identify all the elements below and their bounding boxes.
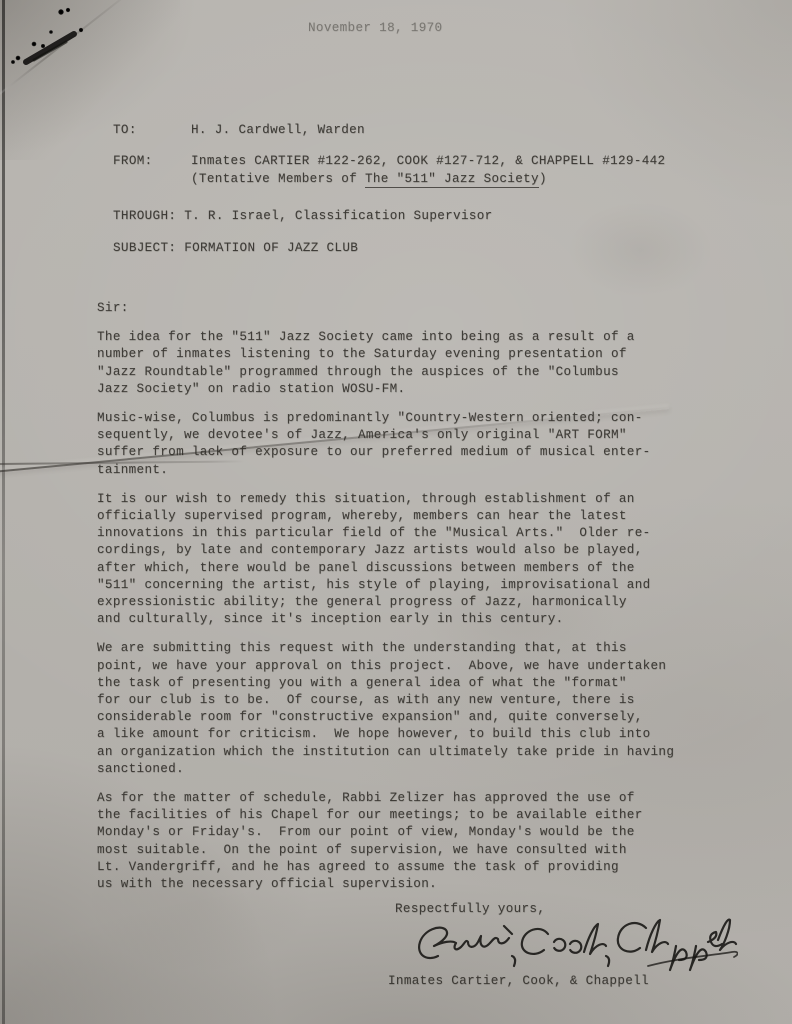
from-row-line2: (Tentative Members of The "511" Jazz Soc… [191,171,547,188]
subject-value: FORMATION OF JAZZ CLUB [184,241,358,255]
ink-scribble-mark-icon [4,2,144,82]
scanned-letter-page: November 18, 1970 TO:H. J. Cardwell, War… [0,0,792,1024]
handwritten-signature [408,912,738,976]
subject-row: SUBJECT: FORMATION OF JAZZ CLUB [113,240,358,257]
paragraph-1: The idea for the "511" Jazz Society came… [97,329,682,398]
from-line2-suffix: ) [539,172,547,186]
through-row: THROUGH: T. R. Israel, Classification Su… [113,208,493,225]
typed-signature-names: Inmates Cartier, Cook, & Chappell [388,973,649,990]
jazz-society-underlined-name: The "511" Jazz Society [365,172,539,188]
through-value: T. R. Israel, Classification Supervisor [184,209,492,223]
from-line2-prefix: (Tentative Members of [191,172,365,186]
paragraph-2: Music-wise, Columbus is predominantly "C… [97,410,682,479]
paragraph-3: It is our wish to remedy this situation,… [97,491,682,629]
letter-date: November 18, 1970 [308,20,442,37]
to-row: TO:H. J. Cardwell, Warden [113,122,365,139]
from-value-line1: Inmates CARTIER #122-262, COOK #127-712,… [191,154,665,168]
from-row: FROM:Inmates CARTIER #122-262, COOK #127… [113,153,665,170]
salutation: Sir: [97,300,682,317]
paragraph-4: We are submitting this request with the … [97,640,682,778]
from-label: FROM: [113,153,191,170]
scan-edge-shadow [2,0,5,1024]
letter-body: Sir: The idea for the "511" Jazz Society… [97,300,682,905]
to-value: H. J. Cardwell, Warden [191,123,365,137]
through-label: THROUGH: [113,209,176,223]
paragraph-5: As for the matter of schedule, Rabbi Zel… [97,790,682,893]
to-label: TO: [113,122,191,139]
subject-label: SUBJECT: [113,241,176,255]
